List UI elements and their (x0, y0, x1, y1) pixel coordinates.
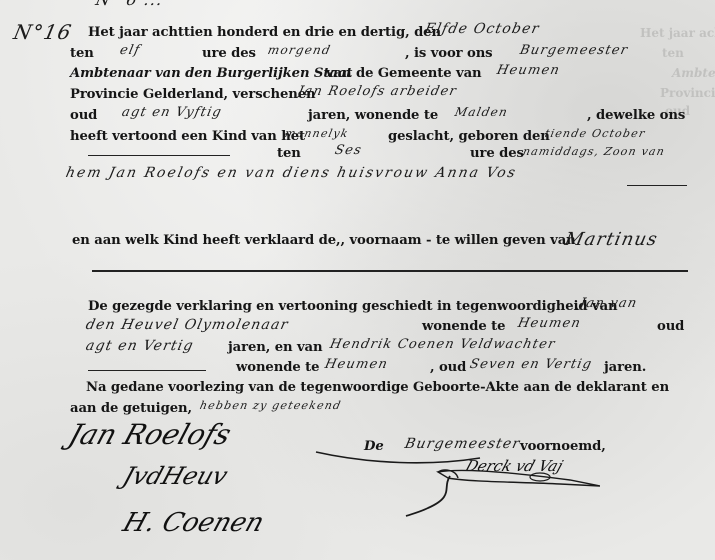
print-oud: oud (70, 108, 97, 123)
print-oud-2: oud (657, 319, 684, 334)
print-line-1: Het jaar achttien honderd en drie en der… (88, 25, 441, 40)
hand-residence: Malden (454, 105, 510, 119)
hand-signed-note: hebben zy geteekend (199, 399, 343, 412)
print-wonende-2: wonende te (236, 360, 319, 375)
hand-witness1b: den Heuvel Olymolenaar (84, 317, 290, 333)
print-voor-ons: , is voor ons (405, 46, 493, 61)
print-dewelke: , dewelke ons (587, 108, 685, 123)
hand-residence-w1: Heumen (516, 316, 582, 331)
print-na-gedane: Na gedane voorlezing van de tegenwoordig… (86, 380, 669, 395)
print-ambtenaar: Ambtenaar van den Burgerlijken Staat (70, 66, 352, 81)
hand-daypart: morgend (267, 43, 333, 57)
print-oud-3: , oud (430, 360, 466, 375)
blank-rule (627, 185, 687, 186)
hand-witness1a: Jan van (578, 296, 639, 311)
hand-age-w2: Seven en Vertig (468, 357, 593, 372)
print-ten-2: ten (277, 146, 301, 161)
signature-witness2: H. Coenen (119, 508, 268, 538)
hand-witness2: Hendrik Coenen Veldwachter (328, 337, 557, 352)
print-geslacht: geslacht, geboren den (388, 129, 550, 144)
record-number: N°16 (11, 20, 74, 44)
top-partial-handwriting: N° 6 ... (94, 0, 165, 9)
hand-hour-2: Ses (333, 143, 363, 158)
hand-age: agt en Vyftig (120, 105, 223, 120)
bleed-through-text: ten (662, 46, 684, 60)
print-ure-des: ure des (202, 46, 256, 61)
hand-town: Heumen (495, 63, 561, 78)
hand-parents: hem Jan Roelofs en van diens huisvrouw A… (64, 165, 518, 181)
bleed-through-text: Provincie Gelde (660, 86, 715, 100)
blank-rule (88, 370, 206, 371)
print-ten: ten (70, 46, 94, 61)
print-ure-des-2: ure des (470, 146, 524, 161)
print-jaren-wonende: jaren, wonende te (308, 108, 438, 123)
blank-rule (88, 155, 230, 156)
hand-sex: mannelyk (284, 127, 350, 140)
hand-age-w1: agt en Vertig (84, 338, 195, 354)
signature-witness1: JvdHeuv (119, 462, 231, 490)
print-wonende: wonende te (422, 319, 505, 334)
hand-birthdate: tiende October (544, 127, 647, 140)
bleed-through-text: Ambtenaar van d (672, 66, 715, 80)
hand-daypart-2: namiddags, Zoon van (522, 145, 667, 158)
print-gezegde: De gezegde verklaring en vertooning gesc… (88, 299, 618, 314)
print-voornaam: en aan welk Kind heeft verklaard de,, vo… (72, 233, 576, 248)
print-jaren-en-van: jaren, en van (228, 340, 323, 355)
print-jaren-2: jaren. (604, 360, 646, 375)
hand-official: Burgemeester (518, 43, 629, 58)
separator-rule (92, 270, 688, 272)
print-provincie: Provincie Gelderland, verschenen (70, 87, 316, 102)
hand-residence-w2: Heumen (323, 357, 389, 372)
hand-date: Elfde October (423, 21, 541, 37)
signature-declarant: Jan Roelofs (65, 418, 236, 451)
print-gemeente: van de Gemeente van (326, 66, 482, 81)
hand-firstname: Martinus (563, 229, 660, 250)
print-getuigen: aan de getuigen, (70, 401, 192, 416)
hand-declarant: Jan Roelofs arbeider (296, 84, 458, 99)
signature-flourish-icon (310, 448, 600, 518)
hand-hour: elf (118, 43, 141, 58)
bleed-through-text: Het jaar achttie (640, 26, 715, 40)
birth-certificate-page: Het jaar achttie ten Ambtenaar van d Pro… (0, 0, 715, 560)
print-heeft-vertoond: heeft vertoond een Kind van het (70, 129, 305, 144)
